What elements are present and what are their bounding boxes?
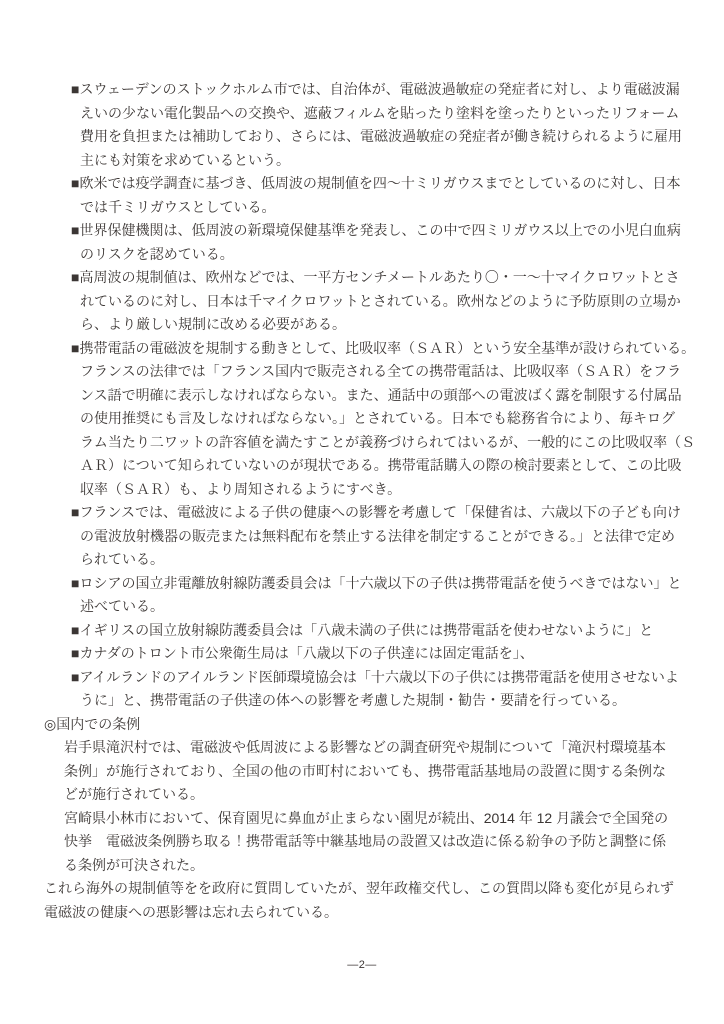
text-line: られている。 <box>80 548 684 572</box>
bullet-item: ■高周波の規制値は、欧州などでは、一平方センチメートルあたり〇・一〜十マイクロワ… <box>44 266 684 337</box>
text-line: ■ロシアの国立非電離放射線防護委員会は「十六歳以下の子供は携帯電話を使うべきでは… <box>71 572 684 596</box>
bullet-item: ■欧米では疫学調査に基づき、低周波の規制値を四〜十ミリガウスまでとしているのに対… <box>44 172 684 219</box>
bullet-item: ■ロシアの国立非電離放射線防護委員会は「十六歳以下の子供は携帯電話を使うべきでは… <box>44 572 684 619</box>
text-line: れているのに対し、日本は千マイクロワットとされている。欧州などのように予防原則の… <box>80 290 684 314</box>
text-line: うに」と、携帯電話の子供達の体への影響を考慮した規制・勧告・要請を行っている。 <box>80 689 684 713</box>
text-line: 述べている。 <box>80 595 684 619</box>
text-line: ラム当たり二ワットの許容値を満たすことが義務づけられてはいるが、一般的にこの比吸… <box>80 431 684 455</box>
text-line: 条例」が施行されており、全国の他の市町村においても、携帯電話基地局の設置に関する… <box>64 760 684 784</box>
text-line: 主にも対策を求めているという。 <box>80 149 684 173</box>
text-line: フランスの法律では「フランス国内で販売される全ての携帯電話は、比吸収率（ＳＡＲ）… <box>80 360 684 384</box>
paragraph: 宮崎県小林市において、保育園児に鼻血が止まらない園児が続出、2014 年 12 … <box>44 807 684 878</box>
text-line: どが施行されている。 <box>64 783 684 807</box>
paragraph: 岩手県滝沢村では、電磁波や低周波による影響などの調査研究や規制について「滝沢村環… <box>44 736 684 807</box>
document-page: ■スウェーデンのストックホルム市では、自治体が、電磁波過敏症の発症者に対し、より… <box>0 0 724 1024</box>
text-line: ■イギリスの国立放射線防護委員会は「八歳未満の子供には携帯電話を使わせないように… <box>71 619 684 643</box>
text-line: 費用を負担または補助しており、さらには、電磁波過敏症の発症者が働き続けられるよう… <box>80 125 684 149</box>
text-line: ■スウェーデンのストックホルム市では、自治体が、電磁波過敏症の発症者に対し、より… <box>71 78 684 102</box>
text-line: の電波放射機器の販売または無料配布を禁止する法律を制定することができる。」と法律… <box>80 525 684 549</box>
bullet-item: ■カナダのトロント市公衆衛生局は「八歳以下の子供達には固定電話を」、 <box>44 642 684 666</box>
text-line: ■世界保健機関は、低周波の新環境保健基準を発表し、この中で四ミリガウス以上での小… <box>71 219 684 243</box>
text-line: 快挙 電磁波条例勝ち取る！携帯電話等中継基地局の設置又は改造に係る紛争の予防と調… <box>64 830 684 854</box>
bullet-item: ■携帯電話の電磁波を規制する動きとして、比吸収率（ＳＡＲ）という安全基準が設けら… <box>44 337 684 502</box>
paragraph: これら海外の規制値等をを政府に質問していたが、翌年政権交代し、この質問以降も変化… <box>44 877 684 924</box>
page-number: —2— <box>0 954 724 978</box>
text-line: ■欧米では疫学調査に基づき、低周波の規制値を四〜十ミリガウスまでとしているのに対… <box>71 172 684 196</box>
section-heading: ◎国内での条例 <box>44 713 684 737</box>
text-line: 収率（ＳＡＲ）も、より周知されるようにすべき。 <box>80 478 684 502</box>
text-line: ら、より厳しい規制に改める必要がある。 <box>80 313 684 337</box>
bullet-item: ■イギリスの国立放射線防護委員会は「八歳未満の子供には携帯電話を使わせないように… <box>44 619 684 643</box>
text-line: 宮崎県小林市において、保育園児に鼻血が止まらない園児が続出、2014 年 12 … <box>64 807 684 831</box>
bullet-item: ■アイルランドのアイルランド医師環境協会は「十六歳以下の子供には携帯電話を使用さ… <box>44 666 684 713</box>
text-line: ■アイルランドのアイルランド医師環境協会は「十六歳以下の子供には携帯電話を使用さ… <box>71 666 684 690</box>
text-line: ■携帯電話の電磁波を規制する動きとして、比吸収率（ＳＡＲ）という安全基準が設けら… <box>71 337 684 361</box>
text-line: ■カナダのトロント市公衆衛生局は「八歳以下の子供達には固定電話を」、 <box>71 642 684 666</box>
text-line: 電磁波の健康への悪影響は忘れ去られている。 <box>44 901 684 925</box>
text-line: 岩手県滝沢村では、電磁波や低周波による影響などの調査研究や規制について「滝沢村環… <box>64 736 684 760</box>
text-line: ■フランスでは、電磁波による子供の健康への影響を考慮して「保健省は、六歳以下の子… <box>71 501 684 525</box>
text-line: ■高周波の規制値は、欧州などでは、一平方センチメートルあたり〇・一〜十マイクロワ… <box>71 266 684 290</box>
section-heading-text: ◎国内での条例 <box>44 713 684 737</box>
text-line: これら海外の規制値等をを政府に質問していたが、翌年政権交代し、この質問以降も変化… <box>44 877 684 901</box>
bullet-item: ■世界保健機関は、低周波の新環境保健基準を発表し、この中で四ミリガウス以上での小… <box>44 219 684 266</box>
bullet-item: ■スウェーデンのストックホルム市では、自治体が、電磁波過敏症の発症者に対し、より… <box>44 78 684 172</box>
bullet-item: ■フランスでは、電磁波による子供の健康への影響を考慮して「保健省は、六歳以下の子… <box>44 501 684 572</box>
text-line: る条例が可決された。 <box>64 854 684 878</box>
text-line: では千ミリガウスとしている。 <box>80 196 684 220</box>
text-line: えいの少ない電化製品への交換や、遮蔽フィルムを貼ったり塗料を塗ったりといったリフ… <box>80 102 684 126</box>
text-line: ＡＲ）について知られていないのが現状である。携帯電話購入の際の検討要素として、こ… <box>80 454 684 478</box>
text-line: の使用推奨にも言及しなければならない。」とされている。日本でも総務省令により、毎… <box>80 407 684 431</box>
text-line: ンス語で明確に表示しなければならない。また、通話中の頭部への電波ばく露を制限する… <box>80 384 684 408</box>
text-line: のリスクを認めている。 <box>80 243 684 267</box>
